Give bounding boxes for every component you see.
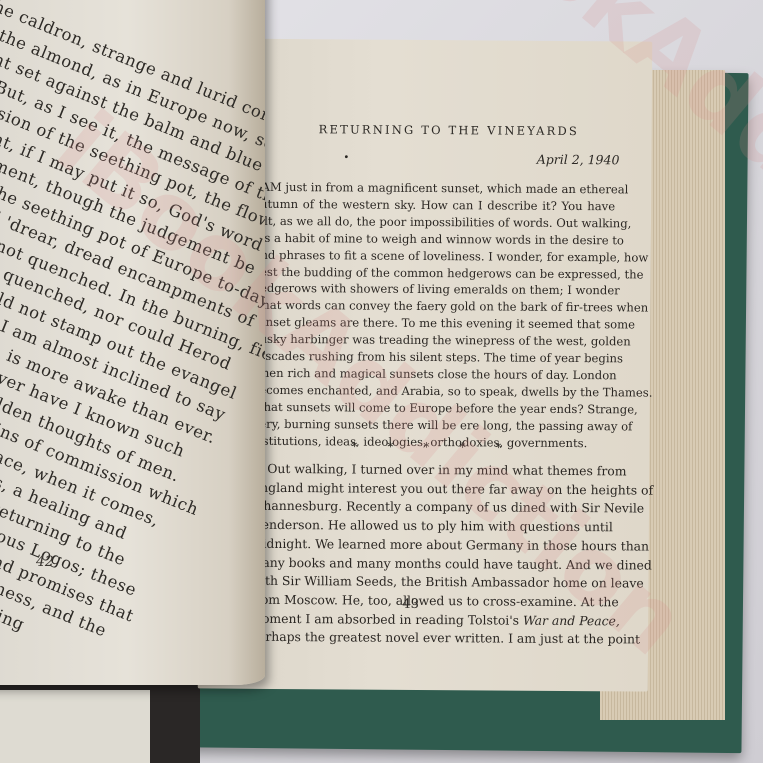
page-number-left: 42 [36, 554, 54, 570]
text-fragment: moment I am absorbed in reading Tolstoi'… [250, 610, 523, 627]
text-line-with-title: moment I am absorbed in reading Tolstoi'… [250, 609, 612, 630]
right-page: Returning to the Vineyards • April 2, 19… [198, 38, 653, 691]
asterisk: * [351, 439, 357, 453]
section-separator: * * * * * [351, 439, 501, 454]
text-line: felt, as we all do, the poor impossibili… [253, 213, 615, 232]
text-line: many books and many months could have ta… [251, 553, 613, 574]
book-title: War and Peace, [523, 612, 620, 628]
text-line: England might interest you out there far… [251, 478, 613, 499]
running-head: Returning to the Vineyards [319, 122, 579, 138]
text-line: from Moscow. He, too, allowed us to cros… [250, 591, 612, 612]
text-line: What sunsets will come to Europe before … [252, 399, 614, 418]
page-number-right: 43 [402, 597, 419, 612]
lower-left-sheet [0, 690, 150, 763]
left-page: the caldron, strange and lurid contrast,… [0, 0, 265, 685]
left-page-text: the caldron, strange and lurid contrast,… [0, 0, 265, 680]
text-line: it's a habit of mine to weigh and winnow… [253, 230, 615, 249]
entry-date: April 2, 1940 [537, 152, 620, 168]
asterisk: * [495, 440, 501, 454]
text-line: perhaps the greatest novel ever written.… [250, 628, 612, 649]
text-line: with Sir William Seeds, the British Amba… [250, 572, 612, 593]
text-line: Out walking, I turned over in my mind wh… [251, 460, 613, 481]
paragraph-1: I AM just in from a magnificent sunset, … [251, 179, 615, 452]
text-line: Johannesburg. Recently a company of us d… [251, 497, 613, 518]
dot-mark: • [343, 152, 349, 163]
text-line: midnight. We learned more about Germany … [251, 535, 613, 556]
asterisk: * [423, 440, 429, 454]
asterisk: * [387, 440, 393, 454]
paragraph-2: Out walking, I turned over in my mind wh… [250, 460, 613, 650]
text-line: Henderson. He allowed us to ply him with… [251, 516, 613, 537]
text-line: fiery, burning sunsets there will be ere… [252, 415, 614, 434]
asterisk: * [459, 440, 465, 454]
text-line: find phrases to fit a scene of lovelines… [253, 246, 615, 265]
